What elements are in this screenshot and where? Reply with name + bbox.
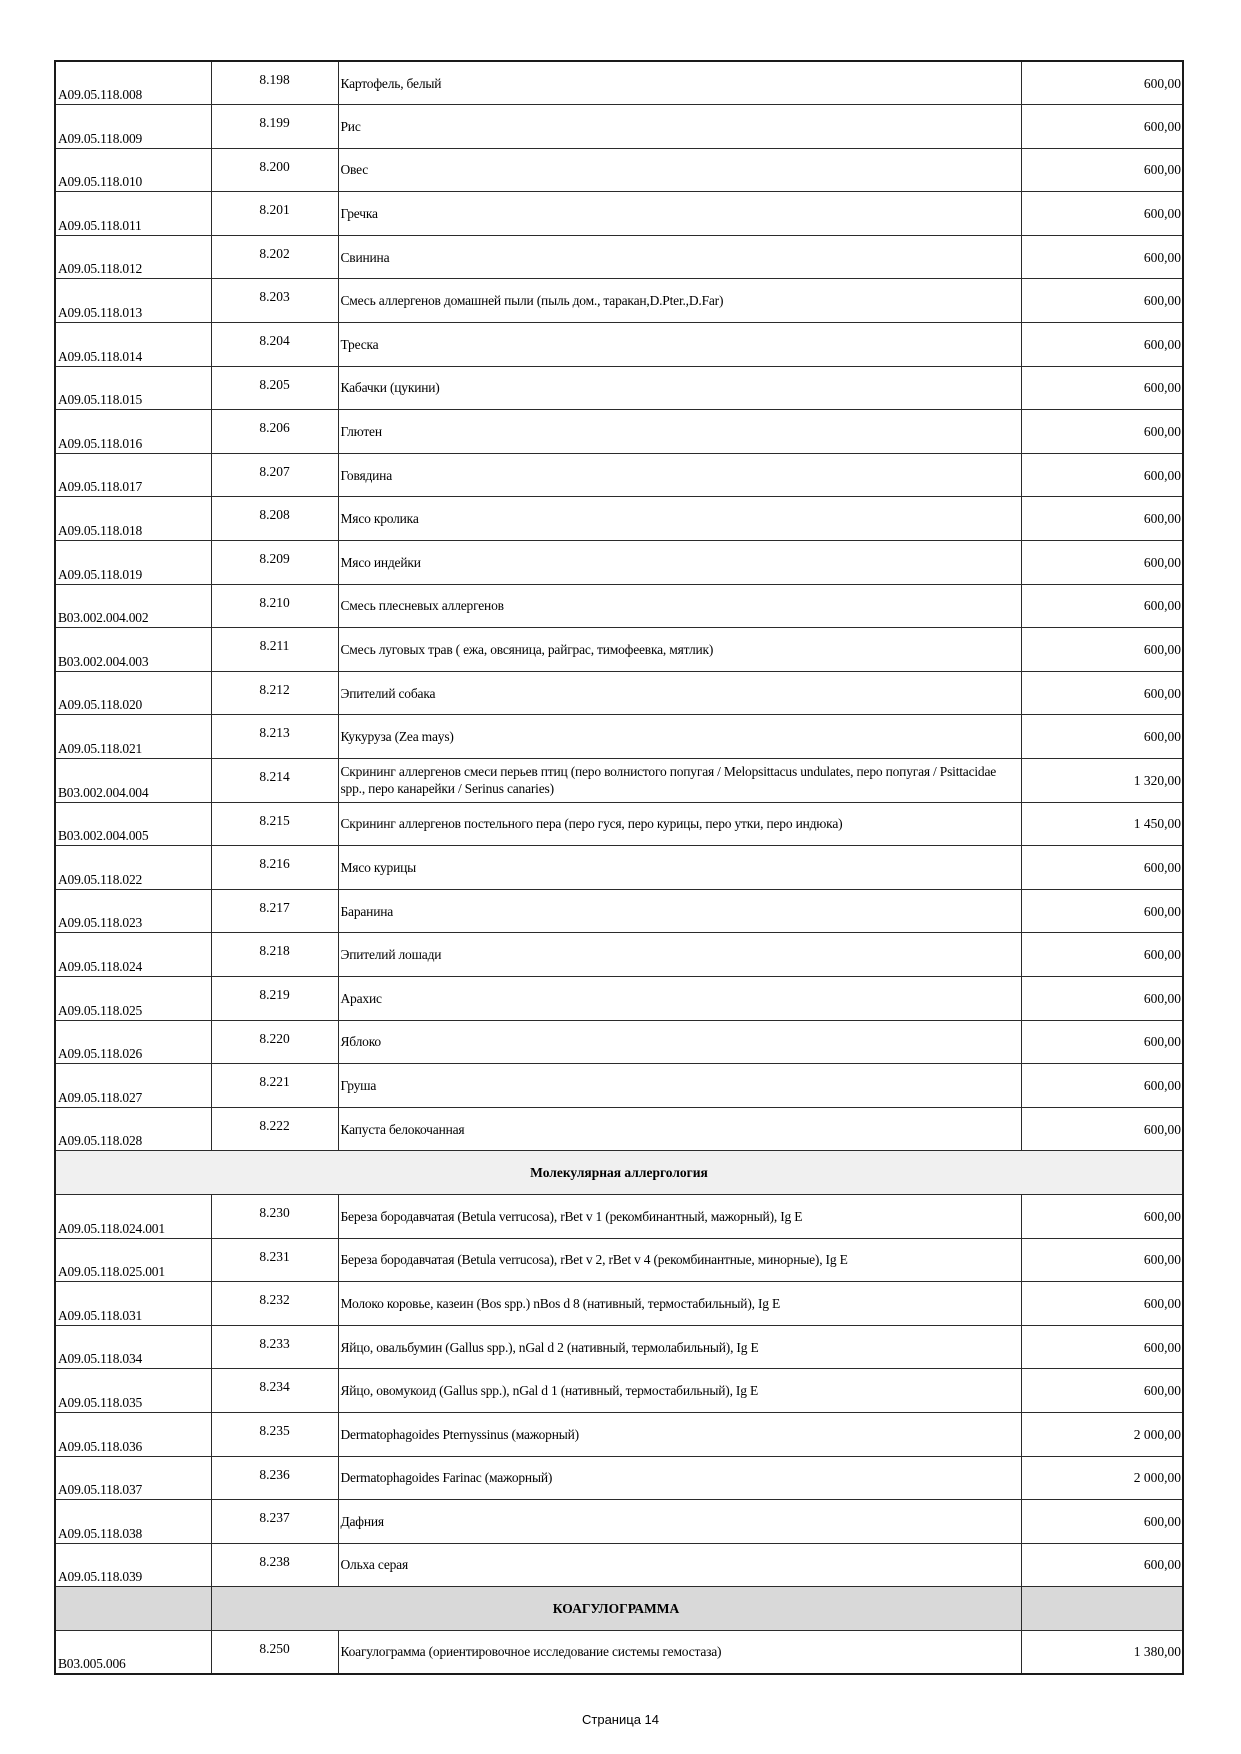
service-name: Эпителий собака — [338, 671, 1021, 715]
table-row: A09.05.118.021 8.213 Кукуруза (Zea mays)… — [55, 715, 1183, 759]
service-price: 2 000,00 — [1021, 1456, 1183, 1500]
service-code: B03.002.004.005 — [55, 802, 211, 846]
item-number: 8.238 — [211, 1543, 338, 1587]
table-row: A09.05.118.016 8.206 Глютен 600,00 — [55, 410, 1183, 454]
page-number: Страница 14 — [0, 1712, 1241, 1727]
service-code: A09.05.118.013 — [55, 279, 211, 323]
service-name: Смесь аллергенов домашней пыли (пыль дом… — [338, 279, 1021, 323]
service-name: Ольха серая — [338, 1543, 1021, 1587]
service-price: 600,00 — [1021, 541, 1183, 585]
service-price: 600,00 — [1021, 1282, 1183, 1326]
service-price: 600,00 — [1021, 933, 1183, 977]
item-number: 8.209 — [211, 541, 338, 585]
table-row: A09.05.118.028 8.222 Капуста белокочанна… — [55, 1107, 1183, 1151]
item-number: 8.202 — [211, 235, 338, 279]
item-number: 8.212 — [211, 671, 338, 715]
service-code: B03.002.004.004 — [55, 759, 211, 803]
service-name: Береза бородавчатая (Betula verrucosa), … — [338, 1194, 1021, 1238]
service-code: A09.05.118.019 — [55, 541, 211, 585]
item-number: 8.198 — [211, 61, 338, 105]
service-price: 600,00 — [1021, 1064, 1183, 1108]
service-name: Береза бородавчатая (Betula verrucosa), … — [338, 1238, 1021, 1282]
item-number: 8.204 — [211, 323, 338, 367]
table-row: A09.05.118.027 8.221 Груша 600,00 — [55, 1064, 1183, 1108]
item-number: 8.199 — [211, 105, 338, 149]
table-row: A09.05.118.015 8.205 Кабачки (цукини) 60… — [55, 366, 1183, 410]
table-block-molecular-header: Молекулярная аллергология — [55, 1151, 1183, 1195]
table-row: A09.05.118.035 8.234 Яйцо, овомукоид (Ga… — [55, 1369, 1183, 1413]
service-code: A09.05.118.038 — [55, 1500, 211, 1544]
service-price: 600,00 — [1021, 366, 1183, 410]
item-number: 8.205 — [211, 366, 338, 410]
service-price: 600,00 — [1021, 1020, 1183, 1064]
service-code: A09.05.118.027 — [55, 1064, 211, 1108]
item-number: 8.214 — [211, 759, 338, 803]
service-price: 600,00 — [1021, 192, 1183, 236]
table-row: A09.05.118.039 8.238 Ольха серая 600,00 — [55, 1543, 1183, 1587]
service-name: Dermatophagoides Farinac (мажорный) — [338, 1456, 1021, 1500]
service-code: A09.05.118.034 — [55, 1325, 211, 1369]
item-number: 8.237 — [211, 1500, 338, 1544]
section-title: Молекулярная аллергология — [55, 1151, 1183, 1195]
service-name: Dermatophagoides Pternyssinus (мажорный) — [338, 1412, 1021, 1456]
item-number: 8.235 — [211, 1412, 338, 1456]
service-price: 600,00 — [1021, 148, 1183, 192]
service-name: Баранина — [338, 889, 1021, 933]
item-number: 8.250 — [211, 1630, 338, 1674]
service-price: 2 000,00 — [1021, 1412, 1183, 1456]
section-header-molecular: Молекулярная аллергология — [55, 1151, 1183, 1195]
service-code: A09.05.118.010 — [55, 148, 211, 192]
table-row: A09.05.118.023 8.217 Баранина 600,00 — [55, 889, 1183, 933]
item-number: 8.208 — [211, 497, 338, 541]
service-price: 1 380,00 — [1021, 1630, 1183, 1674]
service-code: B03.002.004.003 — [55, 628, 211, 672]
service-name: Свинина — [338, 235, 1021, 279]
service-name: Треска — [338, 323, 1021, 367]
table-row: A09.05.118.038 8.237 Дафния 600,00 — [55, 1500, 1183, 1544]
service-price: 1 450,00 — [1021, 802, 1183, 846]
service-code: A09.05.118.011 — [55, 192, 211, 236]
price-table: A09.05.118.008 8.198 Картофель, белый 60… — [54, 60, 1184, 1675]
table-row: B03.002.004.003 8.211 Смесь луговых трав… — [55, 628, 1183, 672]
service-name: Эпителий лошади — [338, 933, 1021, 977]
service-price: 600,00 — [1021, 105, 1183, 149]
item-number: 8.203 — [211, 279, 338, 323]
service-code: A09.05.118.024.001 — [55, 1194, 211, 1238]
table-row: A09.05.118.008 8.198 Картофель, белый 60… — [55, 61, 1183, 105]
service-price: 600,00 — [1021, 628, 1183, 672]
table-row: A09.05.118.031 8.232 Молоко коровье, каз… — [55, 1282, 1183, 1326]
table-row: A09.05.118.018 8.208 Мясо кролика 600,00 — [55, 497, 1183, 541]
service-price: 600,00 — [1021, 497, 1183, 541]
table-row: A09.05.118.034 8.233 Яйцо, овальбумин (G… — [55, 1325, 1183, 1369]
table-row: B03.002.004.004 8.214 Скрининг аллергено… — [55, 759, 1183, 803]
service-name: Мясо курицы — [338, 846, 1021, 890]
service-name: Картофель, белый — [338, 61, 1021, 105]
service-name: Говядина — [338, 453, 1021, 497]
service-code: A09.05.118.039 — [55, 1543, 211, 1587]
item-number: 8.236 — [211, 1456, 338, 1500]
service-price: 600,00 — [1021, 1238, 1183, 1282]
service-code: A09.05.118.024 — [55, 933, 211, 977]
service-price: 600,00 — [1021, 323, 1183, 367]
service-price: 600,00 — [1021, 1107, 1183, 1151]
service-price: 600,00 — [1021, 1543, 1183, 1587]
service-code: A09.05.118.031 — [55, 1282, 211, 1326]
table-row: A09.05.118.017 8.207 Говядина 600,00 — [55, 453, 1183, 497]
table-row: A09.05.118.026 8.220 Яблоко 600,00 — [55, 1020, 1183, 1064]
service-name: Груша — [338, 1064, 1021, 1108]
service-code: A09.05.118.018 — [55, 497, 211, 541]
table-row: A09.05.118.020 8.212 Эпителий собака 600… — [55, 671, 1183, 715]
service-name: Молоко коровье, казеин (Bos spp.) nBos d… — [338, 1282, 1021, 1326]
service-name: Рис — [338, 105, 1021, 149]
table-row: A09.05.118.011 8.201 Гречка 600,00 — [55, 192, 1183, 236]
service-price: 600,00 — [1021, 846, 1183, 890]
table-row: B03.002.004.002 8.210 Смесь плесневых ал… — [55, 584, 1183, 628]
table-row: A09.05.118.009 8.199 Рис 600,00 — [55, 105, 1183, 149]
service-price: 600,00 — [1021, 279, 1183, 323]
service-code: A09.05.118.037 — [55, 1456, 211, 1500]
service-code: A09.05.118.008 — [55, 61, 211, 105]
service-price: 600,00 — [1021, 1500, 1183, 1544]
service-name: Коагулограмма (ориентировочное исследова… — [338, 1630, 1021, 1674]
service-price: 600,00 — [1021, 671, 1183, 715]
service-price: 600,00 — [1021, 61, 1183, 105]
table-block-allergens: A09.05.118.008 8.198 Картофель, белый 60… — [55, 61, 1183, 1151]
service-name: Яблоко — [338, 1020, 1021, 1064]
item-number: 8.215 — [211, 802, 338, 846]
item-number: 8.232 — [211, 1282, 338, 1326]
item-number: 8.213 — [211, 715, 338, 759]
service-name: Гречка — [338, 192, 1021, 236]
service-code: A09.05.118.009 — [55, 105, 211, 149]
table-block-molecular: A09.05.118.024.001 8.230 Береза бородавч… — [55, 1194, 1183, 1586]
table-row: A09.05.118.037 8.236 Dermatophagoides Fa… — [55, 1456, 1183, 1500]
service-name: Яйцо, овомукоид (Gallus spp.), nGal d 1 … — [338, 1369, 1021, 1413]
service-name: Яйцо, овальбумин (Gallus spp.), nGal d 2… — [338, 1325, 1021, 1369]
service-code: A09.05.118.017 — [55, 453, 211, 497]
service-code: A09.05.118.025 — [55, 976, 211, 1020]
service-name: Смесь луговых трав ( ежа, овсяница, райг… — [338, 628, 1021, 672]
service-code: A09.05.118.036 — [55, 1412, 211, 1456]
service-name: Скрининг аллергенов постельного пера (пе… — [338, 802, 1021, 846]
table-row: A09.05.118.013 8.203 Смесь аллергенов до… — [55, 279, 1183, 323]
service-code: B03.005.006 — [55, 1630, 211, 1674]
section-empty-cell — [1021, 1587, 1183, 1631]
service-code: A09.05.118.025.001 — [55, 1238, 211, 1282]
service-code: A09.05.118.035 — [55, 1369, 211, 1413]
item-number: 8.219 — [211, 976, 338, 1020]
table-row: A09.05.118.010 8.200 Овес 600,00 — [55, 148, 1183, 192]
table-row: A09.05.118.024.001 8.230 Береза бородавч… — [55, 1194, 1183, 1238]
item-number: 8.200 — [211, 148, 338, 192]
service-name: Мясо кролика — [338, 497, 1021, 541]
item-number: 8.207 — [211, 453, 338, 497]
service-code: A09.05.118.028 — [55, 1107, 211, 1151]
table-row: A09.05.118.022 8.216 Мясо курицы 600,00 — [55, 846, 1183, 890]
service-price: 1 320,00 — [1021, 759, 1183, 803]
section-header-coagulogram: КОАГУЛОГРАММА — [55, 1587, 1183, 1631]
service-name: Кабачки (цукини) — [338, 366, 1021, 410]
item-number: 8.233 — [211, 1325, 338, 1369]
table-row: A09.05.118.014 8.204 Треска 600,00 — [55, 323, 1183, 367]
service-code: A09.05.118.015 — [55, 366, 211, 410]
table-row: A09.05.118.025.001 8.231 Береза бородавч… — [55, 1238, 1183, 1282]
service-price: 600,00 — [1021, 453, 1183, 497]
service-price: 600,00 — [1021, 889, 1183, 933]
service-price: 600,00 — [1021, 715, 1183, 759]
service-code: B03.002.004.002 — [55, 584, 211, 628]
service-code: A09.05.118.026 — [55, 1020, 211, 1064]
service-name: Овес — [338, 148, 1021, 192]
service-price: 600,00 — [1021, 1369, 1183, 1413]
item-number: 8.234 — [211, 1369, 338, 1413]
table-row: A09.05.118.036 8.235 Dermatophagoides Pt… — [55, 1412, 1183, 1456]
service-code: A09.05.118.022 — [55, 846, 211, 890]
service-name: Мясо индейки — [338, 541, 1021, 585]
item-number: 8.211 — [211, 628, 338, 672]
item-number: 8.210 — [211, 584, 338, 628]
service-name: Капуста белокочанная — [338, 1107, 1021, 1151]
item-number: 8.220 — [211, 1020, 338, 1064]
service-name: Смесь плесневых аллергенов — [338, 584, 1021, 628]
table-row: B03.002.004.005 8.215 Скрининг аллергено… — [55, 802, 1183, 846]
service-code: A09.05.118.014 — [55, 323, 211, 367]
service-price: 600,00 — [1021, 235, 1183, 279]
item-number: 8.230 — [211, 1194, 338, 1238]
table-row: B03.005.006 8.250 Коагулограмма (ориенти… — [55, 1630, 1183, 1674]
service-price: 600,00 — [1021, 410, 1183, 454]
service-code: A09.05.118.012 — [55, 235, 211, 279]
service-price: 600,00 — [1021, 584, 1183, 628]
service-code: A09.05.118.021 — [55, 715, 211, 759]
item-number: 8.216 — [211, 846, 338, 890]
section-title: КОАГУЛОГРАММА — [211, 1587, 1021, 1631]
service-name: Кукуруза (Zea mays) — [338, 715, 1021, 759]
table-row: A09.05.118.024 8.218 Эпителий лошади 600… — [55, 933, 1183, 977]
item-number: 8.231 — [211, 1238, 338, 1282]
service-price: 600,00 — [1021, 976, 1183, 1020]
service-name: Арахис — [338, 976, 1021, 1020]
item-number: 8.206 — [211, 410, 338, 454]
item-number: 8.201 — [211, 192, 338, 236]
table-row: A09.05.118.012 8.202 Свинина 600,00 — [55, 235, 1183, 279]
item-number: 8.221 — [211, 1064, 338, 1108]
table-row: A09.05.118.019 8.209 Мясо индейки 600,00 — [55, 541, 1183, 585]
service-code: A09.05.118.023 — [55, 889, 211, 933]
table-row: A09.05.118.025 8.219 Арахис 600,00 — [55, 976, 1183, 1020]
service-name: Глютен — [338, 410, 1021, 454]
service-code: A09.05.118.020 — [55, 671, 211, 715]
item-number: 8.218 — [211, 933, 338, 977]
service-price: 600,00 — [1021, 1325, 1183, 1369]
table-block-coag-header: КОАГУЛОГРАММА — [55, 1587, 1183, 1631]
service-code: A09.05.118.016 — [55, 410, 211, 454]
item-number: 8.222 — [211, 1107, 338, 1151]
section-empty-cell — [55, 1587, 211, 1631]
table-block-coagulogram: B03.005.006 8.250 Коагулограмма (ориенти… — [55, 1630, 1183, 1674]
service-price: 600,00 — [1021, 1194, 1183, 1238]
item-number: 8.217 — [211, 889, 338, 933]
service-name: Скрининг аллергенов смеси перьев птиц (п… — [338, 759, 1021, 803]
service-name: Дафния — [338, 1500, 1021, 1544]
